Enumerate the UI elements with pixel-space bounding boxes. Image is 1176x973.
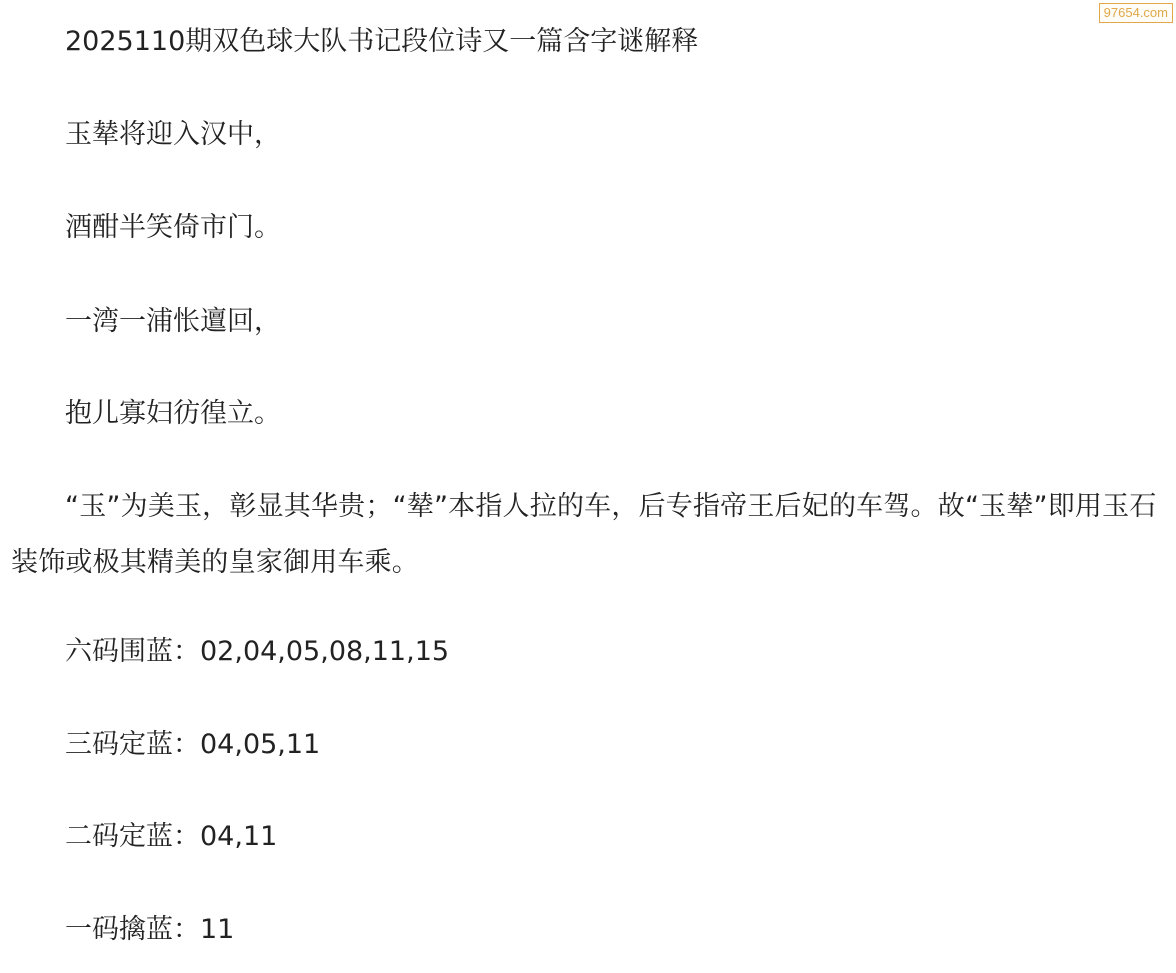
prediction-one-blue: 一码擒蓝：11 [0,913,1176,947]
prediction-label: 一码擒蓝： [65,914,200,945]
site-watermark: 97654.com [1099,3,1173,23]
prediction-label: 六码围蓝： [65,636,200,667]
prediction-label: 三码定蓝： [65,729,200,760]
prediction-six-blue: 六码围蓝：02,04,05,08,11,15 [0,635,1176,669]
prediction-label: 二码定蓝： [65,821,200,852]
prediction-three-blue: 三码定蓝：04,05,11 [0,728,1176,762]
prediction-value: 04,11 [200,821,277,852]
explanation-paragraph: “玉”为美玉，彰显其华贵；“辇”本指人拉的车，后专指帝王后妃的车驾。故“玉辇”即… [11,479,1161,591]
prediction-value: 02,04,05,08,11,15 [200,636,449,667]
poem-line-1: 玉辇将迎入汉中， [0,118,1176,152]
poem-line-2: 酒酣半笑倚市门。 [0,211,1176,245]
prediction-value: 04,05,11 [200,729,320,760]
poem-line-4: 抱儿寡妇彷徨立。 [0,397,1176,431]
prediction-two-blue: 二码定蓝：04,11 [0,820,1176,854]
article-title: 2025110期双色球大队书记段位诗又一篇含字谜解释 [0,25,1176,59]
poem-line-3: 一湾一浦怅邅回， [0,305,1176,339]
prediction-value: 11 [200,914,234,945]
